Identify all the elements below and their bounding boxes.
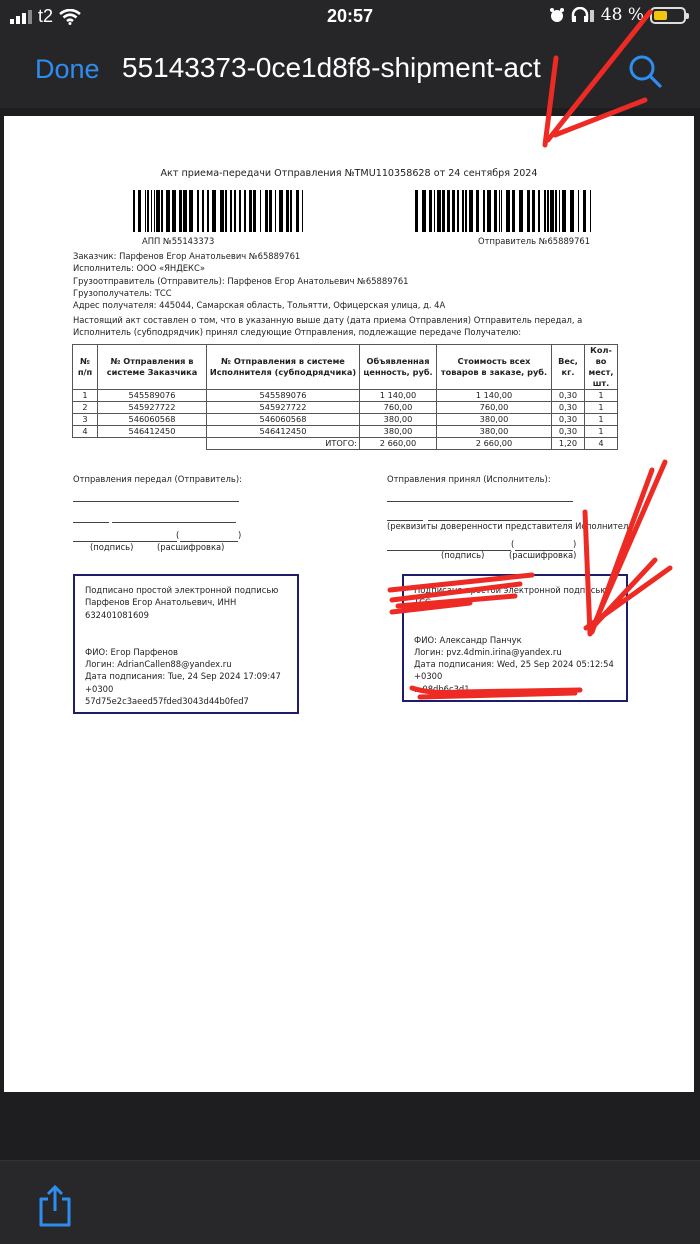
- app-number: АПП №55143373: [142, 236, 214, 246]
- sender-sign-title: Отправления передал (Отправитель):: [73, 474, 242, 484]
- table-cell: 545589076: [98, 390, 207, 402]
- table-cell: 1: [585, 402, 618, 414]
- table-row: 4546412450546412450380,00380,000,301: [73, 426, 618, 438]
- act-heading: Акт приема-передачи Отправления №TMU1103…: [4, 168, 694, 179]
- sender-number: Отправитель №65889761: [478, 236, 590, 246]
- sender-signature-caption: (подпись): [90, 542, 133, 552]
- receiver-signature-caption: (подпись): [441, 550, 484, 560]
- stamp-line: Подписано простой электронной подписью: [414, 584, 616, 596]
- stamp-line: Подписано простой электронной подписью: [85, 584, 287, 596]
- stamp-inn: 632401081609: [85, 609, 287, 621]
- status-bar: t2 20:57 48 %: [0, 0, 700, 36]
- table-cell: 1: [73, 390, 98, 402]
- stamp-date: Дата подписания: Wed, 25 Sep 2024 05:12:…: [414, 658, 616, 670]
- total-cell: 1,20: [552, 438, 585, 450]
- table-cell: 760,00: [437, 402, 552, 414]
- stamp-fio: ФИО: Егор Парфенов: [85, 646, 287, 658]
- alarm-icon: [549, 7, 565, 23]
- total-cell: ИТОГО:: [207, 438, 360, 450]
- table-cell: 0,30: [552, 414, 585, 426]
- receiver-decode-caption: (расшифровка): [509, 550, 576, 560]
- table-cell: 380,00: [360, 414, 437, 426]
- table-row: 2545927722545927722760,00760,000,301: [73, 402, 618, 414]
- total-cell: 2 660,00: [437, 438, 552, 450]
- table-cell: 3: [73, 414, 98, 426]
- table-cell: 1: [585, 390, 618, 402]
- share-icon[interactable]: [36, 1183, 74, 1229]
- receiver-esign-stamp: Подписано простой электронной подписью Т…: [402, 574, 628, 702]
- table-cell: 546412450: [207, 426, 360, 438]
- col-executor-no: № Отправления в системе Исполнителя (суб…: [207, 345, 360, 390]
- table-cell: 1 140,00: [437, 390, 552, 402]
- barcode-app: [133, 190, 307, 232]
- search-icon[interactable]: [626, 52, 664, 90]
- status-right: 48 %: [549, 5, 686, 25]
- customer-line: Заказчик: Парфенов Егор Анатольевич №658…: [73, 250, 445, 262]
- stamp-date: Дата подписания: Tue, 24 Sep 2024 17:09:…: [85, 670, 287, 682]
- col-places: Кол-во мест, шт.: [585, 345, 618, 390]
- table-cell: 546060568: [207, 414, 360, 426]
- table-cell: 1 140,00: [360, 390, 437, 402]
- battery-percent: 48 %: [601, 5, 644, 25]
- paren-open-2: (: [511, 539, 514, 549]
- table-cell: 380,00: [360, 426, 437, 438]
- receiver-sign-title: Отправления принял (Исполнитель):: [387, 474, 551, 484]
- total-cell: [73, 438, 98, 450]
- table-cell: 1: [585, 426, 618, 438]
- nav-bar: Done 55143373-0ce1d8f8-shipment-act: [0, 36, 700, 108]
- pdf-page: Акт приема-передачи Отправления №TMU1103…: [4, 116, 694, 1092]
- sender-date-line: [73, 522, 109, 523]
- paren-close-2: ): [573, 539, 576, 549]
- shipments-table: № п/п № Отправления в системе Заказчика …: [72, 344, 618, 450]
- stamp-line: ТСС: [414, 596, 616, 608]
- pdf-viewer[interactable]: Акт приема-передачи Отправления №TMU1103…: [0, 108, 700, 1160]
- table-cell: 2: [73, 402, 98, 414]
- table-cell: 545927722: [207, 402, 360, 414]
- table-cell: 380,00: [437, 426, 552, 438]
- battery-icon: [650, 7, 686, 24]
- table-cell: 0,30: [552, 426, 585, 438]
- table-cell: 380,00: [437, 414, 552, 426]
- table-cell: 760,00: [360, 402, 437, 414]
- sender-decode-caption: (расшифровка): [157, 542, 224, 552]
- table-cell: 545927722: [98, 402, 207, 414]
- table-cell: 546412450: [98, 426, 207, 438]
- table-cell: 545589076: [207, 390, 360, 402]
- document-title: 55143373-0ce1d8f8-shipment-act: [122, 52, 541, 84]
- stamp-login: Логин: AdrianCallen88@yandex.ru: [85, 658, 287, 670]
- table-row: 3546060568546060568380,00380,000,301: [73, 414, 618, 426]
- col-customer-no: № Отправления в системе Заказчика: [98, 345, 207, 390]
- bottom-toolbar: [0, 1160, 700, 1244]
- headphones-icon: [571, 7, 595, 23]
- intro-text: Настоящий акт составлен о том, что в ука…: [73, 314, 633, 339]
- sender-name-line: [112, 522, 236, 523]
- table-cell: 1: [585, 414, 618, 426]
- col-index: № п/п: [73, 345, 98, 390]
- sender-sign-line: [73, 501, 239, 502]
- total-cell: 4: [585, 438, 618, 450]
- table-row: 15455890765455890761 140,001 140,000,301: [73, 390, 618, 402]
- address-line: Адрес получателя: 445044, Самарская обла…: [73, 299, 445, 311]
- stamp-fio: ФИО: Александр Панчук: [414, 634, 616, 646]
- done-button[interactable]: Done: [35, 54, 100, 85]
- stamp-hash: …08db6c3d1: [414, 683, 616, 695]
- table-cell: 546060568: [98, 414, 207, 426]
- sender-esign-stamp: Подписано простой электронной подписью П…: [73, 574, 299, 714]
- paren-close: ): [238, 530, 241, 540]
- stamp-line: Парфенов Егор Анатольевич, ИНН: [85, 596, 287, 608]
- col-weight: Вес, кг.: [552, 345, 585, 390]
- stamp-hash: 57d75e2c3aeed57fded3043d44b0fed7: [85, 695, 287, 707]
- consignee-line: Грузополучатель: ТСС: [73, 287, 445, 299]
- total-row: ИТОГО:2 660,002 660,001,204: [73, 438, 618, 450]
- stamp-login: Логин: pvz.4dmin.irina@yandex.ru: [414, 646, 616, 658]
- paren-open: (: [176, 530, 179, 540]
- proxy-caption: (реквизиты доверенности представителя Ис…: [387, 521, 633, 531]
- table-cell: 4: [73, 426, 98, 438]
- executor-line: Исполнитель: ООО «ЯНДЕКС»: [73, 262, 445, 274]
- parties-info: Заказчик: Парфенов Егор Анатольевич №658…: [73, 250, 445, 311]
- table-cell: 0,30: [552, 402, 585, 414]
- stamp-tz: +0300: [414, 670, 616, 682]
- table-cell: 0,30: [552, 390, 585, 402]
- total-cell: [98, 438, 207, 450]
- shipper-line: Грузоотправитель (Отправитель): Парфенов…: [73, 275, 445, 287]
- col-cost: Стоимость всех товаров в заказе, руб.: [437, 345, 552, 390]
- receiver-sign-line: [387, 501, 573, 502]
- barcode-sender: [415, 190, 595, 232]
- stamp-tz: +0300: [85, 683, 287, 695]
- total-cell: 2 660,00: [360, 438, 437, 450]
- col-declared: Объявленная ценность, руб.: [360, 345, 437, 390]
